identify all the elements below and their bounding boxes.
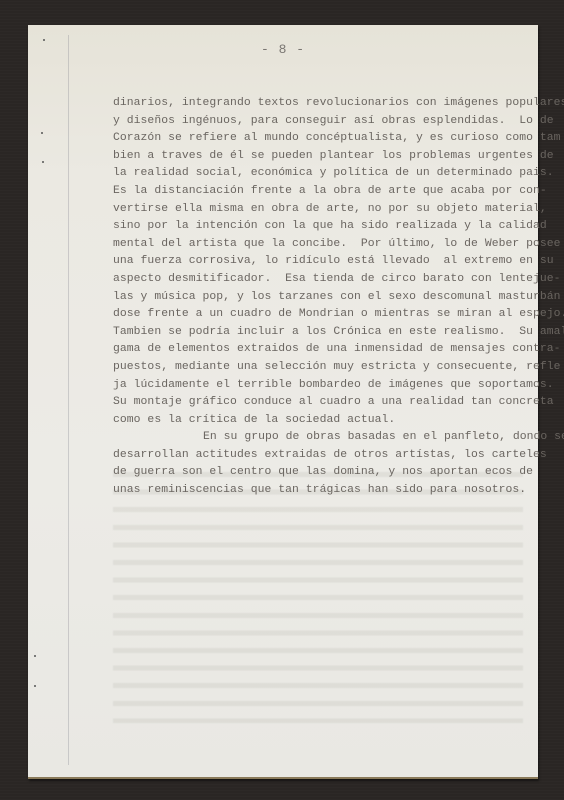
show-through-texture <box>113 463 523 723</box>
text-line: desarrollan actitudes extraidas de otros… <box>113 447 523 465</box>
text-line: y diseños ingénuos, para conseguir así o… <box>113 113 523 131</box>
text-line: bien a traves de él se pueden plantear l… <box>113 148 523 166</box>
text-line: Es la distanciación frente a la obra de … <box>113 183 523 201</box>
text-line: aspecto desmitificador. Esa tienda de ci… <box>113 271 523 289</box>
text-line: ja lúcidamente el terrible bombardeo de … <box>113 377 523 395</box>
page-number: - 8 - <box>28 42 538 57</box>
text-line: dinarios, integrando textos revolucionar… <box>113 95 523 113</box>
text-line: una fuerza corrosiva, lo ridículo está l… <box>113 253 523 271</box>
text-line: las y música pop, y los tarzanes con el … <box>113 289 523 307</box>
text-line: sino por la intención con la que ha sido… <box>113 218 523 236</box>
text-line: gama de elementos extraidos de una inmen… <box>113 341 523 359</box>
text-line: puestos, mediante una selección muy estr… <box>113 359 523 377</box>
text-line: Tambien se podría incluir a los Crónica … <box>113 324 523 342</box>
text-line: mental del artista que la concibe. Por ú… <box>113 236 523 254</box>
paper-speck <box>34 655 36 657</box>
paper-speck <box>41 132 43 134</box>
paper-speck <box>42 161 44 163</box>
text-line: como es la crítica de la sociedad actual… <box>113 412 523 430</box>
text-line: la realidad social, económica y política… <box>113 165 523 183</box>
text-line-indented: En su grupo de obras basadas en el panfl… <box>113 429 523 447</box>
paper-speck <box>34 685 36 687</box>
text-line: dose frente a un cuadro de Mondrian o mi… <box>113 306 523 324</box>
paper-speck <box>43 39 45 41</box>
text-line: Su montaje gráfico conduce al cuadro a u… <box>113 394 523 412</box>
text-line: Corazón se refiere al mundo concéptualis… <box>113 130 523 148</box>
text-line: vertirse ella misma en obra de arte, no … <box>113 201 523 219</box>
body-text: dinarios, integrando textos revolucionar… <box>113 95 523 500</box>
margin-rule <box>68 35 69 765</box>
document-page: - 8 - dinarios, integrando textos revolu… <box>28 25 538 779</box>
